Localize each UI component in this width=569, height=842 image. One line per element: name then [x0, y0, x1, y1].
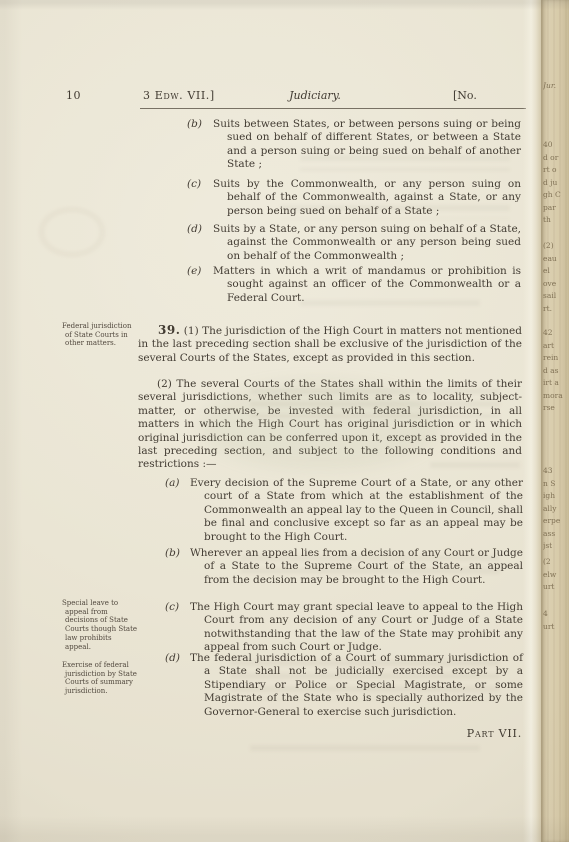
clause-text: The federal jurisdiction of a Court of s…	[204, 652, 523, 719]
edge-fragment: (2) eau el ove sail rt.	[543, 240, 568, 315]
clause-text: Suits between States, or between persons…	[227, 118, 521, 172]
clause-label: (e)	[187, 265, 201, 278]
header-rule	[140, 108, 526, 109]
clause-label: (a)	[165, 477, 179, 490]
edge-fragment: 4 urt	[543, 608, 568, 633]
running-title: Judiciary.	[250, 89, 380, 102]
section-39-paragraph-2: (2) The several Courts of the States sha…	[138, 378, 522, 472]
clause-label: (c)	[187, 178, 201, 191]
condition-item-a: (a) Every decision of the Supreme Court …	[0, 477, 569, 544]
clause-text: Wherever an appeal lies from a decision …	[204, 547, 523, 587]
page-edge-highlight	[523, 0, 541, 842]
clause-text: The High Court may grant special leave t…	[204, 601, 523, 655]
clause-text: Suits by the Commonwealth, or any person…	[227, 178, 521, 218]
clause-text: Every decision of the Supreme Court of a…	[204, 477, 523, 544]
clause-item-c: (c) Suits by the Commonwealth, or any pe…	[0, 178, 569, 218]
next-page-edge	[541, 0, 569, 842]
footer-part-label: Part VII.	[380, 727, 522, 740]
section-39-paragraph-1: 39. (1) The jurisdiction of the High Cou…	[138, 324, 522, 365]
book-page-photo: 10 3 Edw. VII.] Judiciary. [No. (b) Suit…	[0, 0, 569, 842]
edge-fragment: (2 elw urt	[543, 556, 568, 594]
clause-item-b: (b) Suits between States, or between per…	[0, 118, 569, 172]
bleed-through-smudge	[250, 745, 480, 757]
clause-label: (d)	[187, 223, 202, 236]
condition-item-d: (d) The federal jurisdiction of a Court …	[0, 652, 569, 719]
regnal-year: 3 Edw. VII.]	[143, 89, 215, 102]
margin-note-federal-jurisdiction: Federal jurisdiction of State Courts in …	[62, 322, 139, 348]
condition-item-c: (c) The High Court may grant special lea…	[0, 601, 569, 655]
act-number-bracket: [No.	[453, 89, 477, 102]
edge-fragment: 43 n S igh ally erpe ass jst	[543, 465, 568, 553]
condition-item-b: (b) Wherever an appeal lies from a decis…	[0, 547, 569, 587]
section-number: 39.	[158, 323, 180, 337]
clause-item-e: (e) Matters in which a writ of mandamus …	[0, 265, 569, 305]
edge-fragment: 40 d or rt o d ju gh C par th	[543, 139, 568, 227]
edge-fragment: Jur.	[543, 80, 568, 93]
clause-item-d: (d) Suits by a State, or any person suin…	[0, 223, 569, 263]
section-39-subsection-1: (1) The jurisdiction of the High Court i…	[138, 325, 522, 364]
clause-label: (c)	[165, 601, 179, 614]
clause-text: Matters in which a writ of mandamus or p…	[227, 265, 521, 305]
page-number: 10	[66, 89, 81, 102]
clause-label: (b)	[187, 118, 202, 131]
clause-label: (d)	[165, 652, 180, 665]
edge-fragment: 42 art rein d as irt a mora rse	[543, 327, 568, 415]
clause-label: (b)	[165, 547, 180, 560]
clause-text: Suits by a State, or any person suing on…	[227, 223, 521, 263]
